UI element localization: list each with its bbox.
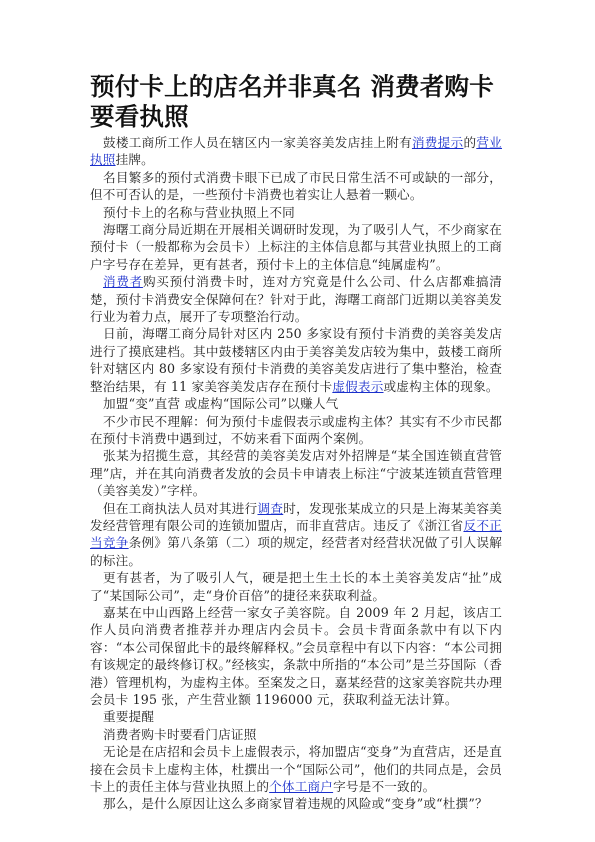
document-page: 预付卡上的店名并非真名 消费者购卡要看执照 鼓楼工商所工作人员在辖区内一家美容美…: [90, 72, 502, 813]
text-segment: 不少市民不理解：何为预付卡虚假表示或虚构主体？其实有不少市民都在预付卡消费中遇到…: [90, 414, 502, 446]
text-segment: 张某为招揽生意，其经营的美容美发店对外招牌是“某全国连锁直营管理”店，并在其向消…: [90, 448, 502, 498]
inline-link[interactable]: 消费者: [103, 274, 143, 289]
paragraph: 嘉某在中山西路上经营一家女子美容院。自 2009 年 2 月起，该店工作人员向消…: [90, 604, 502, 708]
text-segment: 名目繁多的预付式消费卡眼下已成了市民日常生活不可或缺的一部分，但不可否认的是，一…: [90, 170, 502, 202]
text-segment: 或虚构主体的现象。: [384, 379, 499, 394]
paragraph: 消费者购买预付消费卡时，连对方究竟是什么公司、什么店都难搞清楚，预付卡消费安全保…: [90, 273, 502, 325]
paragraph: 那么，是什么原因让这么多商家冒着违规的风险或“变身”或“杜撰”？: [90, 795, 502, 812]
text-segment: 消费者购卡时要看门店证照: [103, 727, 257, 742]
text-segment: 嘉某在中山西路上经营一家女子美容院。自 2009 年 2 月起，该店工作人员向消…: [90, 605, 502, 707]
paragraph: 不少市民不理解：何为预付卡虚假表示或虚构主体？其实有不少市民都在预付卡消费中遇到…: [90, 413, 502, 448]
section-subheading: 消费者购卡时要看门店证照: [90, 726, 502, 743]
paragraph: 但在工商执法人员对其进行调查时，发现张某成立的只是上海某美容美发经营管理有限公司…: [90, 500, 502, 570]
text-segment: 加盟“变”直营 或虚构“国际公司”以赚人气: [103, 396, 338, 411]
paragraph: 鼓楼工商所工作人员在辖区内一家美容美发店挂上附有消费提示的营业执照挂牌。: [90, 134, 502, 169]
text-segment: 但在工商执法人员对其进行: [103, 501, 257, 516]
text-segment: 挂牌。: [116, 152, 154, 167]
section-subheading: 重要提醒: [90, 708, 502, 725]
paragraph: 海曙工商分局近期在开展相关调研时发现，为了吸引人气，不少商家在预付卡（一般都称为…: [90, 221, 502, 273]
text-segment: 鼓楼工商所工作人员在辖区内一家美容美发店挂上附有: [103, 135, 412, 150]
text-segment: 的: [463, 135, 476, 150]
text-segment: 购买预付消费卡时，连对方究竟是什么公司、什么店都难搞清楚，预付卡消费安全保障何在…: [90, 274, 502, 324]
text-segment: 海曙工商分局近期在开展相关调研时发现，为了吸引人气，不少商家在预付卡（一般都称为…: [90, 222, 502, 272]
section-subheading: 预付卡上的名称与营业执照上不同: [90, 204, 502, 221]
inline-link[interactable]: 个体工商户: [269, 779, 333, 794]
text-segment: 重要提醒: [103, 709, 154, 724]
paragraph: 名目繁多的预付式消费卡眼下已成了市民日常生活不可或缺的一部分，但不可否认的是，一…: [90, 169, 502, 204]
paragraph: 日前，海曙工商分局针对区内 250 多家设有预付卡消费的美容美发店进行了摸底建档…: [90, 325, 502, 395]
article-body: 鼓楼工商所工作人员在辖区内一家美容美发店挂上附有消费提示的营业执照挂牌。名目繁多…: [90, 134, 502, 813]
text-segment: 更有甚者，为了吸引人气，硬是把土生土长的本土美容美发店“扯”成了“某国际公司”，…: [90, 570, 502, 602]
paragraph: 无论是在店招和会员卡上虚假表示，将加盟店“变身”为直营店，还是直接在会员卡上虚构…: [90, 743, 502, 795]
text-segment: 字号是不一致的。: [333, 779, 435, 794]
text-segment: 预付卡上的名称与营业执照上不同: [103, 205, 295, 220]
text-segment: 条例》第八条第（二）项的规定，经营者对经营状况做了引人误解的标注。: [90, 535, 502, 567]
text-segment: 那么，是什么原因让这么多商家冒着违规的风险或“变身”或“杜撰”？: [103, 796, 488, 811]
section-subheading: 加盟“变”直营 或虚构“国际公司”以赚人气: [90, 395, 502, 412]
article-title: 预付卡上的店名并非真名 消费者购卡要看执照: [90, 72, 502, 132]
inline-link[interactable]: 消费提示: [412, 135, 464, 150]
paragraph: 张某为招揽生意，其经营的美容美发店对外招牌是“某全国连锁直营管理”店，并在其向消…: [90, 447, 502, 499]
paragraph: 更有甚者，为了吸引人气，硬是把土生土长的本土美容美发店“扯”成了“某国际公司”，…: [90, 569, 502, 604]
inline-link[interactable]: 虚假表示: [332, 379, 383, 394]
inline-link[interactable]: 调查: [257, 501, 283, 516]
